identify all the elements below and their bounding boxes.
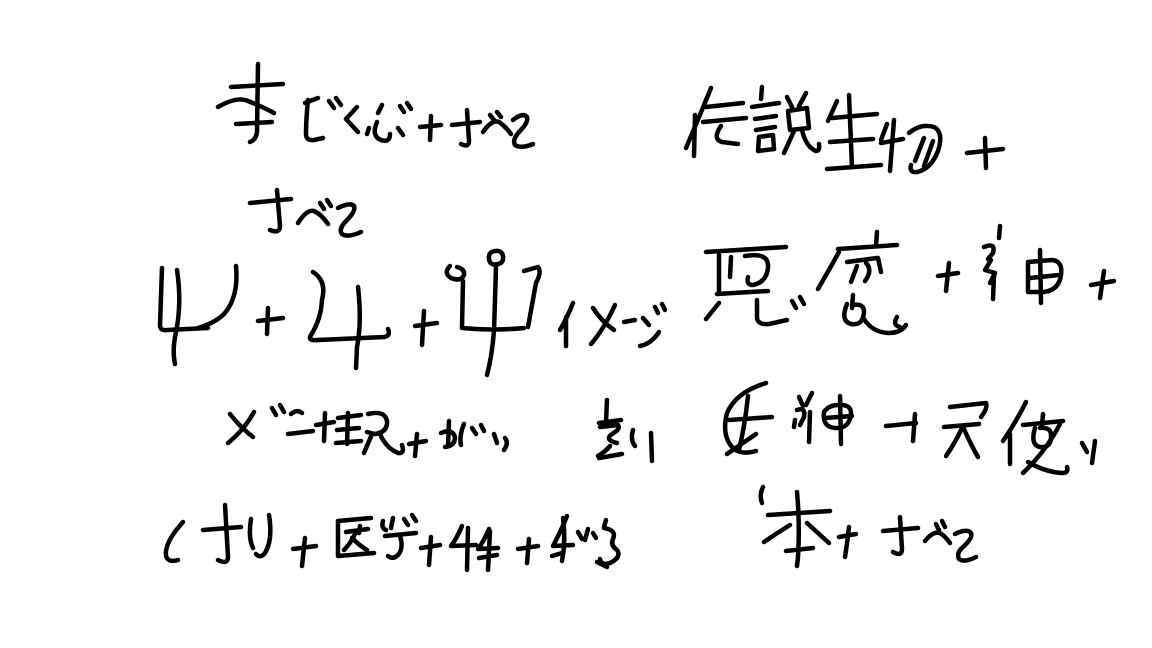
stroke xyxy=(218,505,228,562)
stroke xyxy=(788,108,809,130)
stroke xyxy=(494,434,497,443)
stroke xyxy=(336,98,341,105)
stroke xyxy=(388,536,402,558)
stroke xyxy=(847,258,877,262)
phrase-kusuri-igaku-ka-kagaku: くすり+医学+科+科学 xyxy=(166,505,619,570)
stroke xyxy=(270,190,280,231)
stroke xyxy=(306,100,323,140)
stroke xyxy=(830,139,873,142)
stroke xyxy=(380,434,403,453)
stroke xyxy=(302,538,305,566)
stroke xyxy=(288,431,313,434)
stroke xyxy=(337,428,359,430)
stroke xyxy=(706,303,719,319)
stroke xyxy=(865,263,869,281)
stroke xyxy=(483,121,511,134)
stroke xyxy=(800,297,804,304)
stroke xyxy=(429,537,431,565)
stroke xyxy=(809,412,810,442)
stroke xyxy=(599,420,621,423)
stroke xyxy=(527,539,529,563)
stroke xyxy=(447,266,464,279)
stroke xyxy=(807,523,829,543)
phrase-densetsu-seibutsu: 伝説生物+ xyxy=(686,87,1003,172)
stroke xyxy=(472,428,476,434)
stroke xyxy=(198,266,237,328)
stroke xyxy=(606,400,607,422)
stroke xyxy=(578,532,582,539)
stroke xyxy=(881,139,903,143)
stroke xyxy=(936,524,939,530)
stroke xyxy=(479,555,497,558)
stroke xyxy=(415,434,417,456)
phrase-psi-symbols-image: Ψ+Ψ+Ψ イメージ xyxy=(160,251,665,375)
stroke xyxy=(694,115,695,156)
stroke xyxy=(806,393,812,405)
stroke xyxy=(488,531,490,570)
stroke xyxy=(640,332,659,346)
stroke xyxy=(757,300,787,324)
stroke xyxy=(336,441,361,443)
stroke xyxy=(876,232,877,246)
stroke xyxy=(878,258,881,272)
stroke xyxy=(662,304,665,310)
stroke xyxy=(706,103,743,107)
stroke xyxy=(600,425,619,443)
stroke xyxy=(849,95,852,167)
stroke xyxy=(497,112,501,117)
phrase-megami-tenshi: 女神+天使+ xyxy=(725,383,1095,503)
stroke xyxy=(895,317,900,327)
stroke xyxy=(298,211,328,224)
stroke xyxy=(651,433,652,461)
stroke xyxy=(758,135,774,151)
stroke xyxy=(655,307,658,313)
stroke xyxy=(310,272,389,340)
handwriting-layer: 本ぜんぶ+すべて伝説生物+すべてΨ+Ψ+Ψ イメージ悪魔+神+メ゙ニ+現+おかし… xyxy=(0,0,1152,648)
stroke xyxy=(280,405,284,412)
stroke xyxy=(166,522,183,561)
stroke xyxy=(391,518,393,528)
stroke xyxy=(250,519,253,548)
stroke xyxy=(404,519,408,525)
stroke xyxy=(258,318,283,321)
stroke xyxy=(787,97,792,107)
stroke xyxy=(1030,275,1059,278)
stroke xyxy=(398,128,403,135)
stroke xyxy=(915,138,924,161)
stroke xyxy=(703,118,746,122)
phrase-meni-gen-okashii-ugoki: メ゙ニ+現+おかしい 動き xyxy=(228,400,652,461)
stroke xyxy=(1003,402,1026,441)
stroke xyxy=(359,526,360,533)
stroke xyxy=(752,103,779,107)
stroke xyxy=(231,84,283,87)
paint-canvas[interactable]: 本ぜんぶ+すべて伝説生物+すべてΨ+Ψ+Ψ イメージ悪魔+神+メ゙ニ+現+おかし… xyxy=(0,0,1152,648)
stroke xyxy=(461,110,469,145)
stroke xyxy=(827,165,881,169)
stroke xyxy=(250,199,291,203)
stroke xyxy=(624,320,635,322)
phrase-hon-zenbu-subete: 本ぜんぶ+すべて xyxy=(218,64,533,147)
stroke xyxy=(272,408,276,415)
stroke xyxy=(893,517,902,554)
stroke xyxy=(1040,250,1041,303)
stroke xyxy=(375,122,390,141)
stroke xyxy=(585,529,588,540)
stroke xyxy=(797,409,804,425)
stroke xyxy=(881,124,887,140)
stroke xyxy=(985,138,986,168)
stroke xyxy=(802,130,819,151)
stroke xyxy=(832,114,877,118)
stroke xyxy=(756,127,775,130)
stroke xyxy=(1092,441,1095,463)
stroke xyxy=(890,120,894,171)
stroke xyxy=(346,107,358,132)
stroke xyxy=(364,434,372,453)
stroke xyxy=(761,487,763,503)
stroke xyxy=(730,257,731,277)
stroke xyxy=(717,126,738,144)
stroke xyxy=(886,423,916,426)
stroke xyxy=(1082,443,1087,452)
stroke xyxy=(717,291,768,294)
stroke xyxy=(761,87,762,99)
stroke xyxy=(1100,271,1104,298)
stroke xyxy=(412,515,416,521)
stroke xyxy=(600,528,618,564)
stroke xyxy=(643,318,649,325)
stroke xyxy=(160,268,208,330)
stroke xyxy=(481,425,484,431)
stroke xyxy=(844,304,864,324)
stroke xyxy=(799,397,803,406)
stroke xyxy=(851,266,857,282)
stroke xyxy=(946,428,962,456)
stroke xyxy=(320,203,324,209)
stroke xyxy=(946,263,949,291)
stroke xyxy=(706,247,786,252)
stroke xyxy=(462,281,463,327)
stroke xyxy=(993,275,994,299)
stroke xyxy=(407,103,411,109)
stroke xyxy=(768,511,830,515)
stroke xyxy=(818,252,839,289)
stroke xyxy=(367,128,369,134)
stroke xyxy=(490,115,494,120)
stroke xyxy=(504,438,507,450)
stroke xyxy=(489,251,503,265)
stroke xyxy=(382,521,386,530)
stroke xyxy=(729,417,772,420)
stroke xyxy=(327,200,331,206)
stroke xyxy=(942,521,945,527)
phrase-hon-subete: 本+すべて xyxy=(764,492,976,566)
stroke xyxy=(218,99,274,113)
stroke xyxy=(799,93,806,106)
stroke xyxy=(451,526,476,546)
stroke xyxy=(267,308,268,334)
stroke xyxy=(174,270,180,364)
stroke xyxy=(378,105,382,113)
stroke xyxy=(467,528,468,570)
stroke xyxy=(838,245,897,249)
phrase-subete: すべて xyxy=(250,190,361,236)
stroke xyxy=(338,415,361,418)
stroke xyxy=(487,267,496,375)
stroke xyxy=(367,413,387,434)
stroke xyxy=(203,527,241,530)
stroke xyxy=(430,116,431,140)
stroke xyxy=(1042,414,1043,425)
stroke xyxy=(913,414,915,441)
stroke xyxy=(256,515,270,556)
stroke xyxy=(236,122,272,124)
stroke xyxy=(686,88,711,148)
stroke xyxy=(415,323,437,326)
phrase-akuma-kami: 悪魔+神+ xyxy=(706,226,1114,333)
stroke xyxy=(797,492,799,566)
stroke xyxy=(352,538,367,550)
stroke xyxy=(999,226,1000,238)
stroke xyxy=(400,106,404,112)
stroke xyxy=(786,548,813,551)
stroke xyxy=(840,396,841,444)
stroke xyxy=(950,403,986,417)
stroke xyxy=(955,531,976,561)
stroke xyxy=(794,420,795,427)
stroke xyxy=(513,115,533,147)
stroke xyxy=(784,131,794,153)
stroke xyxy=(422,311,424,345)
stroke xyxy=(460,424,464,445)
stroke xyxy=(324,413,325,441)
stroke xyxy=(524,267,540,327)
stroke xyxy=(329,101,334,108)
stroke xyxy=(338,204,361,235)
stroke xyxy=(291,411,302,414)
stroke xyxy=(1028,462,1067,473)
stroke xyxy=(764,525,790,542)
stroke xyxy=(593,533,596,538)
stroke xyxy=(984,245,994,259)
stroke xyxy=(755,116,776,119)
stroke xyxy=(845,527,849,557)
stroke xyxy=(356,287,360,368)
stroke xyxy=(964,429,978,457)
stroke xyxy=(745,255,768,285)
stroke xyxy=(552,553,562,556)
stroke xyxy=(925,533,950,543)
stroke xyxy=(792,301,796,308)
stroke xyxy=(632,430,635,446)
